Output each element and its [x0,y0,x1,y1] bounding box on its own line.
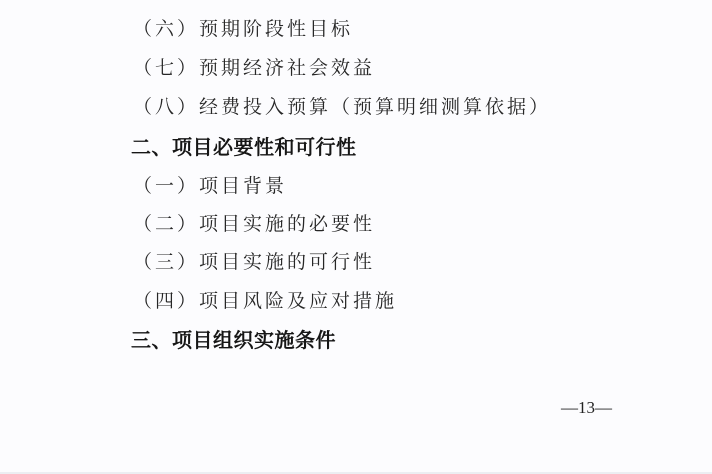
section-heading-necessity-feasibility: 二、项目必要性和可行性 [131,131,357,160]
subsection-risks-countermeasures: （四）项目风险及应对措施 [133,286,397,313]
subsection-expected-socioeconomic-benefits: （七）预期经济社会效益 [133,53,375,80]
subsection-necessity: （二）项目实施的必要性 [133,209,375,236]
subsection-budget: （八）经费投入预算（预算明细测算依据） [133,92,551,119]
subsection-expected-stage-goals: （六）预期阶段性目标 [133,14,353,41]
subsection-feasibility: （三）项目实施的可行性 [133,247,375,274]
section-heading-implementation-conditions: 三、项目组织实施条件 [131,324,336,353]
document-page: （六）预期阶段性目标 （七）预期经济社会效益 （八）经费投入预算（预算明细测算依… [0,0,712,474]
page-number: —13— [561,398,612,418]
subsection-project-background: （一）项目背景 [133,171,287,198]
